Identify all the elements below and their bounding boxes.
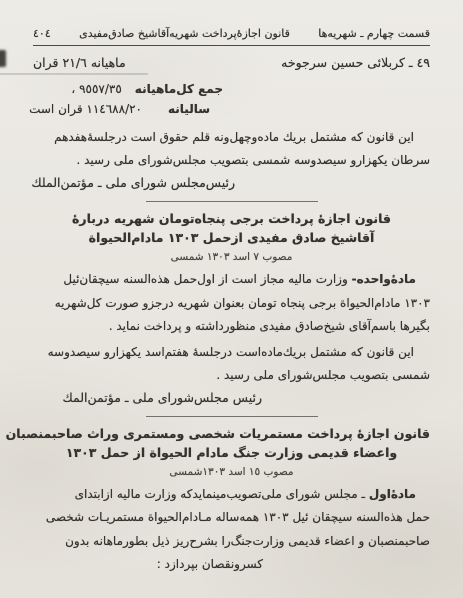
law2-article-line-3: صاحبمنصبان و اعضاء قدیمی وزارت‌جنگ‌را بش… (33, 530, 430, 554)
pension-entry-row: ٤٩ ـ كربلائی حسین سرجوخه ماهیانه ٢١/٦ قر… (33, 55, 430, 70)
law1-article: مادهٔ‌واحده- وزارت مالیه مجاز است از اول… (33, 268, 430, 339)
total-monthly-row: جمع كل‌ماهیانه ٩٥٥٧/٣٥ ، (33, 82, 223, 96)
law2-approval-date: مصوب ١٥ اسد ١٣٠٣شمسی (33, 466, 430, 478)
faint-left-rule (0, 73, 148, 75)
pension-totals: جمع كل‌ماهیانه ٩٥٥٧/٣٥ ، سالیانه ١١٤٦٨٨/… (33, 82, 430, 116)
law1-article-line-1: مادهٔ‌واحده- وزارت مالیه مجاز است از اول… (33, 268, 430, 292)
law1-title-line-2: آقاشیخ صادق مفیدی ازحمل ١٣٠٣ مادام‌الحیو… (33, 228, 430, 247)
section-divider-2 (146, 416, 318, 417)
law1-ratification-line-2: شمسی بتصویب مجلس‌شورای ملی رسید . (33, 364, 430, 387)
speaker-signature-2: رئیس مجلس‌شورای ملی ـ مؤتمن‌المك (33, 390, 430, 405)
law1-ratification-paragraph: این قانون كه مشتمل بریك‌ماده‌است درجلسهٔ… (33, 341, 430, 387)
law2-title: قانون اجازهٔ پرداخت مستمریات شخصی ومستمر… (33, 424, 430, 462)
total-monthly-label: جمع كل‌ماهیانه (135, 82, 223, 96)
ratification-1-line-1: این قانون كه مشتمل بریك ماده‌وچهل‌ونه قل… (33, 126, 430, 149)
law2-article-line-1: مادهٔ‌اول ـ مجلس شورای ملی‌تصویب‌مینماید… (33, 483, 430, 507)
law2-article-line-4: كسرونقصان بپردازد : (33, 553, 430, 577)
law1-title: قانون اجازهٔ پرداخت برجی پنجاه‌تومان شهر… (33, 209, 430, 247)
ratification-paragraph-1: این قانون كه مشتمل بریك ماده‌وچهل‌ونه قل… (33, 126, 430, 172)
total-annual-label: سالیانه (168, 102, 210, 116)
running-header: قسمت چهارم ـ شهریه‌ها قانون اجازهٔ‌پرداخ… (33, 27, 430, 46)
law2-article-text-1: ـ مجلس شورای ملی‌تصویب‌مینمایدكه وزارت م… (75, 487, 365, 501)
speaker-signature-1: رئیس‌مجلس شورای ملی ـ مؤتمن‌الملك (33, 175, 430, 190)
law2-title-line-1: قانون اجازهٔ پرداخت مستمریات شخصی ومستمر… (33, 424, 430, 443)
page-content: قسمت چهارم ـ شهریه‌ها قانون اجازهٔ‌پرداخ… (0, 27, 463, 577)
total-monthly-value: ٩٥٥٧/٣٥ ، (71, 82, 121, 96)
header-section-label: قسمت چهارم ـ شهریه‌ها (318, 27, 430, 40)
pension-entry-monthly-amount: ماهیانه ٢١/٦ قران (33, 55, 126, 70)
law1-approval-date: مصوب ٧ اسد ١٣٠٣ شمسی (33, 251, 430, 263)
law1-title-line-1: قانون اجازهٔ پرداخت برجی پنجاه‌تومان شهر… (33, 209, 430, 228)
law2-article-line-2: حمل هذه‌السنه سیچقان ئیل ١٣٠٣ همه‌ساله م… (33, 506, 430, 530)
law1-article-text-1: وزارت مالیه مجاز است از اول‌حمل هذه‌السن… (63, 272, 347, 286)
section-divider-1 (146, 201, 318, 202)
law2-title-line-2: واعضاء قدیمی وزارت جنگ مادام الحیواة از … (33, 443, 430, 462)
total-annual-value: ١١٤٦٨٨/٢٠ قران است (29, 102, 142, 116)
header-law-title: قانون اجازهٔ‌پرداخت شهریه‌آقاشیخ صادق‌مف… (79, 27, 290, 40)
total-annual-row: سالیانه ١١٤٦٨٨/٢٠ قران است (33, 102, 210, 116)
header-page-number: ٤٠٤ (33, 27, 51, 40)
law2-article: مادهٔ‌اول ـ مجلس شورای ملی‌تصویب‌مینماید… (33, 483, 430, 577)
law1-article-line-3: بگیرها باسم‌آقای شیخ‌صادق مفیدی منظورداش… (33, 315, 430, 339)
scan-edge-smudge (0, 50, 6, 67)
law2-article-label: مادهٔ‌اول (369, 487, 416, 501)
law1-ratification-line-1: این قانون كه مشتمل بریك‌ماده‌است درجلسهٔ… (33, 341, 430, 364)
law1-article-line-2: ١٣٠٣ مادام‌الحیواة برجی پنجاه تومان بعنو… (33, 292, 430, 316)
pension-entry-name: ٤٩ ـ كربلائی حسین سرجوخه (281, 55, 430, 70)
ratification-1-line-2: سرطان یكهزارو سیصدوسه شمسی بتصویب مجلس‌ش… (33, 149, 430, 172)
scanned-page: قسمت چهارم ـ شهریه‌ها قانون اجازهٔ‌پرداخ… (0, 0, 463, 598)
law1-article-label: مادهٔ‌واحده- (352, 272, 416, 286)
